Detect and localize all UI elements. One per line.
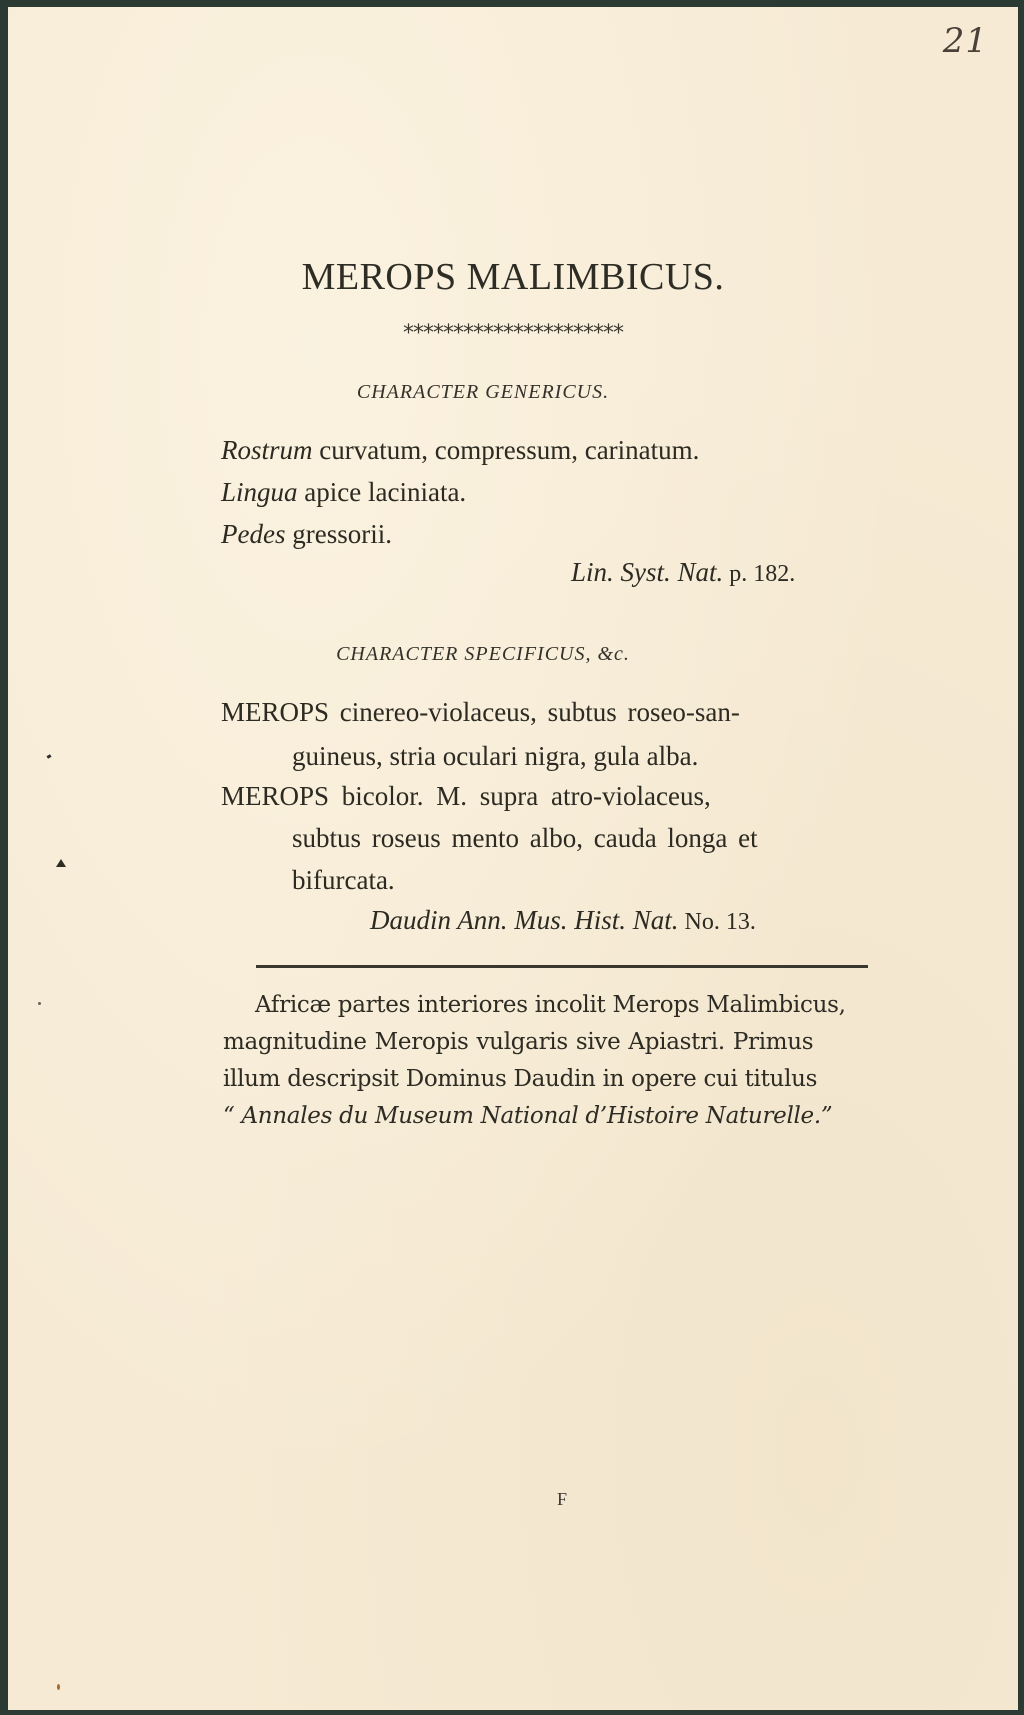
generic-character-heading: CHARACTER GENERICUS. <box>0 381 988 404</box>
generic-line-lingua: Lingua apice laciniata. <box>221 477 466 508</box>
citation-source: Lin. Syst. Nat. <box>571 557 723 587</box>
specific-line: guineus, stria oculari nigra, gula alba. <box>292 741 698 772</box>
specific-line: MEROPS bicolor. M. supra atro-violaceus, <box>221 781 711 812</box>
definition: apice laciniata. <box>298 477 467 507</box>
citation-number: No. 13. <box>679 909 756 935</box>
definition: gressorii. <box>285 519 391 549</box>
document-page: 21 MEROPS MALIMBICUS. ******************… <box>8 7 1018 1710</box>
description-line: Africæ partes interiores incolit Merops … <box>255 992 846 1018</box>
definition: curvatum, compressum, carinatum. <box>313 435 700 465</box>
specific-line: MEROPS cinereo-violaceus, subtus roseo-s… <box>221 697 740 728</box>
signature-mark: F <box>557 1489 567 1510</box>
citation-source: Daudin Ann. Mus. Hist. Nat. <box>370 905 679 935</box>
specific-line: bifurcata. <box>292 865 395 896</box>
linnaeus-citation: Lin. Syst. Nat. p. 182. <box>571 557 795 588</box>
term: Lingua <box>221 477 298 507</box>
daudin-citation: Daudin Ann. Mus. Hist. Nat. No. 13. <box>370 905 756 936</box>
ink-speck <box>38 1002 41 1005</box>
generic-line-pedes: Pedes gressorii. <box>221 519 392 550</box>
ink-speck <box>47 754 52 759</box>
generic-line-rostrum: Rostrum curvatum, compressum, carinatum. <box>221 435 699 466</box>
description-line: illum descripsit Dominus Daudin in opere… <box>223 1066 817 1092</box>
ornament-divider: ********************** <box>8 321 1018 346</box>
foxing-spot <box>57 1684 60 1690</box>
specific-line: subtus roseus mento albo, cauda longa et <box>292 823 758 854</box>
ink-speck <box>56 859 66 867</box>
term: Rostrum <box>221 435 313 465</box>
section-rule <box>256 965 868 968</box>
description-line: magnitudine Meropis vulgaris sive Apiast… <box>223 1029 813 1055</box>
page-number: 21 <box>943 21 988 61</box>
term: Pedes <box>221 519 285 549</box>
specific-character-heading: CHARACTER SPECIFICUS, &c. <box>0 643 988 666</box>
page-title: MEROPS MALIMBICUS. <box>8 255 1018 299</box>
citation-page: p. 182. <box>723 561 795 587</box>
description-line: “ Annales du Museum National d’Histoire … <box>223 1103 832 1129</box>
